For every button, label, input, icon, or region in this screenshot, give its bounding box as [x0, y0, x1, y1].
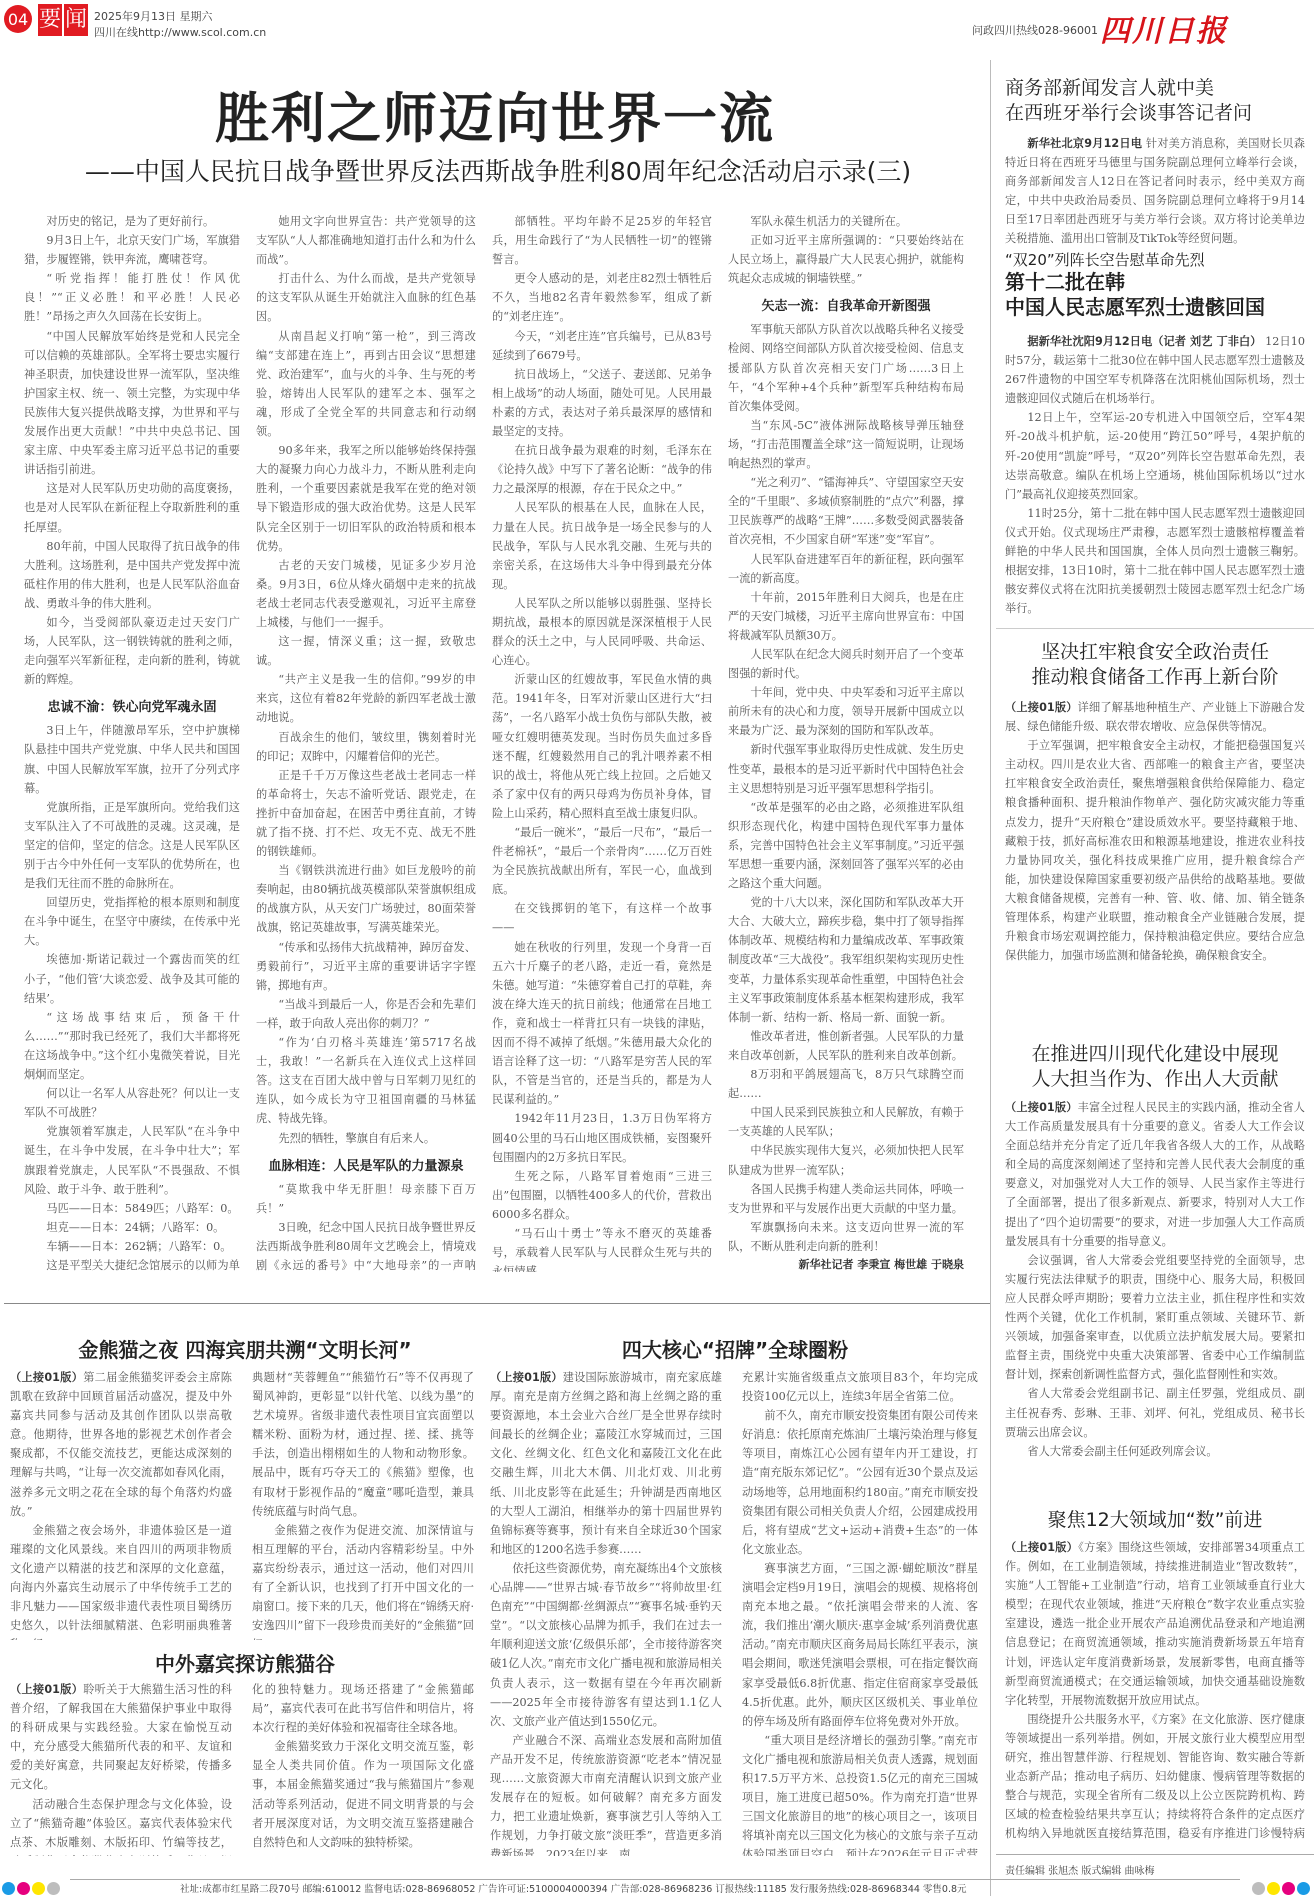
paragraph: 3日上午，伴随激昂军乐，空中护旗梯队悬挂中国共产党党旗、中华人民共和国国旗、中国… [24, 721, 240, 797]
bottom-story-3-title: 四大核心“招牌”全球圈粉 [490, 1334, 980, 1363]
registration-mark-icon [1282, 1882, 1295, 1895]
paragraph: 9月3日上午，北京天安门广场，军旗猎猎，步履铿锵，铁甲奔流，鹰啸苍穹。 [24, 231, 240, 269]
paragraph: 党旗所指，正是军旗所向。党给我们这支军队注入了不可战胜的灵魂。这灵魂，是坚定的信… [24, 798, 240, 893]
title-line: 聚焦12大领域加“数”前进 [1005, 1508, 1305, 1533]
newspaper-logo: 四川日报 [1100, 6, 1228, 50]
paragraph: 沂蒙山区的红嫂故事，军民鱼水情的典范。1941年冬，日军对沂蒙山区进行大“扫荡”… [492, 670, 712, 823]
paragraph: 省人大常委会党组副书记、副主任罗强，党组成员、副主任祝春秀、彭琳、王菲、刘坪、何… [1005, 1384, 1305, 1441]
paragraph: 人民军队之所以能够以弱胜强、坚持长期抗战，最根本的原因就是深深植根于人民群众的沃… [492, 594, 712, 670]
dateline: （上接01版） [10, 1371, 83, 1384]
hotline: 问政四川热线028-96001 [972, 22, 1098, 38]
main-story-column-1: 对历史的铭记，是为了更好前行。9月3日上午，北京天安门广场，军旗猎猎，步履铿锵，… [24, 212, 240, 1272]
right-story-3-title: 坚决扛牢粮食安全政治责任 推动粮食储备工作再上新台阶 [1005, 640, 1305, 690]
paragraph: 当《钢铁洪流进行曲》如巨龙般吟的前奏响起，由80辆抗战英模部队荣誉旗帜组成的战旗… [256, 861, 476, 937]
paragraph: 党旗领着军旗走，人民军队“在斗争中诞生，在斗争中发展，在斗争中壮大”；军旗跟着党… [24, 1122, 240, 1198]
registration-mark-icon [47, 1882, 60, 1895]
paragraph: 在抗日战争最为艰难的时刻，毛泽东在《论持久战》中写下了著名论断：“战争的伟力之最… [492, 441, 712, 498]
paragraph: 新华社北京9月12日电 针对美方消息称，美国财长贝森特近日将在西班牙马德里与国务… [1005, 134, 1305, 244]
right-story-2-title: “双20”列阵长空告慰革命先烈 第十二批在韩 中国人民志愿军烈士遗骸回国 [1005, 250, 1305, 320]
right-story-5-title: 聚焦12大领域加“数”前进 [1005, 1508, 1305, 1533]
title-line: 中国人民志愿军烈士遗骸回国 [1005, 295, 1305, 320]
main-story-column-4: 军队永葆生机活力的关键所在。正如习近平主席所强调的：“只要始终站在人民立场上，赢… [728, 212, 964, 1272]
registration-mark-icon [1267, 1882, 1280, 1895]
paragraph: 她在秋收的行列里，发现一个身背一百五六十斤麋子的老八路，走近一看，竟然是朱德。她… [492, 938, 712, 1110]
page-number-badge: 04 [4, 5, 32, 33]
paragraph: 人民军队在纪念大阅兵时刻开启了一个变革图强的新时代。 [728, 645, 964, 683]
paragraph: 80年前，中国人民取得了抗日战争的伟大胜利。这场胜利，是中国共产党发挥中流砥柱作… [24, 537, 240, 613]
main-subheadline: ——中国人民抗日战争暨世界反法西斯战争胜利80周年纪念活动启示录(三) [8, 152, 988, 188]
paragraph: 化的独特魅力。现场还搭建了“金熊猫邮局”，嘉宾代表可在此书写信件和明信片，将本次… [252, 1680, 474, 1737]
paragraph: 回望历史，党指挥枪的根本原则和制度在斗争中诞生，在坚守中赓续，在传承中光大。 [24, 893, 240, 950]
paragraph: “马石山十勇士”等永不磨灭的英雄番号，承载着人民军队与人民群众生死与共的永恒情感… [492, 1224, 712, 1272]
paragraph: 十年间，党中央、中央军委和习近平主席以前所未有的决心和力度，领导开展新中国成立以… [728, 683, 964, 740]
paragraph: 正如习近平主席所强调的：“只要始终站在人民立场上，赢得最广大人民衷心拥护，就能构… [728, 231, 964, 288]
dateline: （上接01版） [490, 1371, 563, 1384]
dateline: （上接01版） [1005, 1101, 1078, 1114]
title-line: 在西班牙举行会谈事答记者问 [1005, 101, 1305, 126]
paragraph: 各国人民携手构建人类命运共同体，呼唤一支为世界和平与发展作出更大贡献的中坚力量。 [728, 1180, 964, 1218]
paragraph: （上接01版）建设国际旅游城市，南充家底雄厚。南充是南方丝绸之路和海上丝绸之路的… [490, 1368, 722, 1559]
paragraph: “传承和弘扬伟大抗战精神，踔厉奋发、勇毅前行”，习近平主席的重要讲话字字铿锵，掷… [256, 938, 476, 995]
masthead: 04 要 闻 2025年9月13日 星期六 四川在线http://www.sco… [0, 0, 1314, 50]
right-story-1-body: 新华社北京9月12日电 针对美方消息称，美国财长贝森特近日将在西班牙马德里与国务… [1005, 134, 1305, 244]
paragraph: 典题材“芙蓉鲤鱼”“熊猫竹石”等不仅再现了蜀风神韵，更彰显“以针代笔、以线为墨”… [252, 1368, 474, 1521]
paragraph: “最后一碗米”，“最后一尺布”，“最后一件老棉袄”，“最后一个亲骨肉”……亿万百… [492, 823, 712, 899]
paragraph: 围绕提升公共服务水平，《方案》在文化旅游、医疗健康等领域提出一系列举措。例如，开… [1005, 1710, 1305, 1844]
paragraph: 打击什么、为什么而战，是共产党领导的这支军队从诞生开始就注入血脉的红色基因。 [256, 269, 476, 326]
paragraph: 1942年11月23日，1.3万日伪军将方圆40公里的马石山地区围成铁桶，妄图聚… [492, 1109, 712, 1166]
paragraph: 新时代强军事业取得历史性成就、发生历史性变革，最根本的是习近平新时代中国特色社会… [728, 740, 964, 797]
paragraph: 正是千千万万像这些老战士老同志一样的革命将士，矢志不渝听党话、跟党走，在挫折中奋… [256, 766, 476, 861]
column-divider [990, 60, 991, 1896]
paragraph: 中国人民采到民族独立和人民解放，有赖于一支英雄的人民军队； [728, 1103, 964, 1141]
section-char: 要 [38, 4, 62, 36]
paragraph: 90多年来，我军之所以能够始终保持强大的凝聚力向心力战斗力，不断从胜利走向胜利，… [256, 441, 476, 556]
registration-mark-icon [17, 1882, 30, 1895]
paragraph: “中国人民解放军始终是党和人民完全可以信赖的英雄部队。全军将士要忠实履行神圣职责… [24, 327, 240, 480]
right-story-1-title: 商务部新闻发言人就中美 在西班牙举行会谈事答记者问 [1005, 76, 1305, 126]
issue-date: 2025年9月13日 星期六 [94, 8, 213, 24]
paragraph: 赛事演艺方面，“三国之源·蝴蛇顺汝”群星演唱会定档9月19日，演唱会的规模、规格… [742, 1559, 978, 1731]
section-tag: 要 闻 [38, 4, 88, 36]
paragraph: 会议强调，省人大常委会党组要坚持党的全面领导，忠实履行宪法法律赋予的职责，围绕中… [1005, 1251, 1305, 1385]
paragraph: 3日晚，纪念中国人民抗日战争暨世界反法西斯战争胜利80周年文艺晚会上，情境戏剧《… [256, 1218, 476, 1272]
paragraph: 军队永葆生机活力的关键所在。 [728, 212, 964, 231]
bottom-story-3-column-2: 充累计实施省级重点文旅项目83个，年均完成投资100亿元以上，连续3年居全省第二… [742, 1368, 978, 1856]
paragraph: “这场战事结束后，预备干什么……”“那时我已经死了，我们大半都将死在这场战争中。… [24, 1008, 240, 1084]
paragraph: （上接01版）《方案》围绕这些领域，安排部署34项重点工作。例如，在工业制造领域… [1005, 1538, 1305, 1710]
paragraph: 党的十八大以来，深化国防和军队改革大开大合、大破大立，蹄疾步稳，集中打了领导指挥… [728, 893, 964, 1027]
title-line: 在推进四川现代化建设中展现 [1005, 1042, 1305, 1067]
website-link[interactable]: 四川在线http://www.scol.com.cn [94, 24, 266, 40]
right-story-3-body: （上接01版）详细了解基地种植生产、产业链上下游融合发展、绿色储能升级、联农带农… [1005, 698, 1305, 1036]
section-char: 闻 [64, 4, 88, 36]
paragraph: 抗日战场上，“父送子、妻送郎、兄弟争相上战场”的动人场面，随处可见。人民用最朴素… [492, 365, 712, 441]
paragraph: “光之利刃”、“镭海神兵”、守望国家空天安全的“千里眼”、多域侦察制胜的“点穴”… [728, 473, 964, 549]
paragraph: “共产主义是我一生的信仰。”99岁的申来宾，这位有着82年党龄的新四军老战士激动… [256, 670, 476, 727]
registration-mark-icon [1297, 1882, 1310, 1895]
paragraph: 人民军队的根基在人民，血脉在人民，力量在人民。抗日战争是一场全民参与的人民战争，… [492, 498, 712, 593]
paragraph: 何以让一名军人从容赴死？何以让一支军队不可战胜？ [24, 1084, 240, 1122]
paragraph: 活动融合生态保护理念与文化体验，设立了“熊猫奇趣”体验区。嘉宾代表体验宋代点茶、… [10, 1795, 232, 1856]
title-line: 推动粮食储备工作再上新台阶 [1005, 665, 1305, 690]
paragraph: 先烈的牺牲，擎旗自有后来人。 [256, 1129, 476, 1148]
bottom-story-2-column-1: （上接01版）聆听关于大熊猫生活习性的科普介绍，了解我国在大熊猫保护事业中取得的… [10, 1680, 232, 1856]
title-line: 坚决扛牢粮食安全政治责任 [1005, 640, 1305, 665]
subheading: 血脉相连：人民是军队的力量源泉 [256, 1155, 476, 1174]
section-divider [996, 628, 1314, 629]
paragraph: 省人大常委会副主任何延政列席会议。 [1005, 1442, 1305, 1461]
main-story-column-2: 她用文字向世界宣告：共产党领导的这支军队“人人都准确地知道打击什么和为什么而战”… [256, 212, 476, 1272]
kicker: “双20”列阵长空告慰革命先烈 [1005, 250, 1305, 270]
dateline: （上接01版） [10, 1683, 83, 1696]
main-story-column-3: 部牺牲。平均年龄不足25岁的年轻官兵，用生命践行了“为人民牺牲一切”的铿锵誓言。… [492, 212, 712, 1272]
paragraph: “当战斗到最后一人，你是否会和先辈们一样，敢于向敌人亮出你的刺刀？” [256, 995, 476, 1033]
registration-mark-icon [2, 1882, 15, 1895]
subheading: 矢志一流：自我革命开新图强 [728, 295, 964, 314]
right-story-2-body: 据新华社沈阳9月12日电（记者 刘艺 丁非白） 12日10时57分，载运第十二批… [1005, 332, 1305, 624]
paragraph: “重大项目是经济增长的强劲引擎。”南充市文化广播电视和旅游局相关负责人透露，规划… [742, 1731, 978, 1856]
section-divider [4, 1303, 990, 1304]
paragraph: 金熊猫之夜会场外，非遗体验区是一道璀璨的文化风景线。来自四川的两项非物质文化遗产… [10, 1521, 232, 1640]
paragraph: 11时25分，第十二批在韩中国人民志愿军烈士遗骸迎回仪式开始。仪式现场庄严肃穆，… [1005, 504, 1305, 619]
paragraph: “作为‘白刃格斗英雄连’第5717名战士，我敢！”一名新兵在入连仪式上这样回答。… [256, 1033, 476, 1128]
paragraph: 对历史的铭记，是为了更好前行。 [24, 212, 240, 231]
paragraph: 她用文字向世界宣告：共产党领导的这支军队“人人都准确地知道打击什么和为什么而战”… [256, 212, 476, 269]
paragraph: 据新华社沈阳9月12日电（记者 刘艺 丁非白） 12日10时57分，载运第十二批… [1005, 332, 1305, 408]
paragraph: 更令人感动的是，刘老庄82烈士牺牲后不久，当地82名青年毅然参军，组成了新的“刘… [492, 269, 712, 326]
paragraph: 如今，当受阅部队豪迈走过天安门广场，人民军队，这一钢铁铸就的胜利之师，走向强军兴… [24, 613, 240, 689]
paragraph: 十年前，2015年胜利日大阅兵，也是在庄严的天安门城楼，习近平主席向世界宣布：中… [728, 588, 964, 645]
title-line: 第十二批在韩 [1005, 270, 1305, 295]
registration-mark-icon [1252, 1882, 1265, 1895]
paragraph: 前不久，南充市顺安投资集团有限公司传来好消息：依托原南充炼油厂土壤污染治理与修复… [742, 1406, 978, 1559]
dateline: 新华社北京9月12日电 [1027, 137, 1142, 150]
editors-credit: 责任编辑 张旭杰 版式编辑 曲咏梅 [1005, 1862, 1155, 1877]
paragraph: （上接01版）第二届金熊猫奖评委会主席陈凯歌在致辞中回顾首届活动盛况，提及中外嘉… [10, 1368, 232, 1521]
paragraph: 中华民族实现伟大复兴，必须加快把人民军队建成为世界一流军队； [728, 1141, 964, 1179]
byline: 新华社记者 李秉宣 梅世雄 于晓泉 [728, 1256, 964, 1272]
main-headline: 胜利之师迈向世界一流 [0, 76, 990, 153]
paragraph: 金熊猫之夜作为促进交流、加深情谊与相互理解的平台，活动内容精彩纷呈。中外嘉宾纷纷… [252, 1521, 474, 1640]
bottom-story-2-column-2: 化的独特魅力。现场还搭建了“金熊猫邮局”，嘉宾代表可在此书写信件和明信片，将本次… [252, 1680, 474, 1856]
paragraph: （上接01版）丰富全过程人民民主的实践内涵，推动全省人大工作高质量发展具有十分重… [1005, 1098, 1305, 1251]
paragraph: 今天，“刘老庄连”官兵编号，已从83号延续到了6679号。 [492, 327, 712, 365]
paragraph: 坦克——日本：24辆；八路军：0。 [24, 1218, 240, 1237]
paragraph: 惟改革者进，惟创新者强。人民军队的力量来自改革创新，人民军队的胜利来自改革创新。 [728, 1027, 964, 1065]
paragraph: 人民军队奋进建军百年的新征程，跃向强军一流的新高度。 [728, 550, 964, 588]
paragraph: 部牺牲。平均年龄不足25岁的年轻官兵，用生命践行了“为人民牺牲一切”的铿锵誓言。 [492, 212, 712, 269]
paragraph: “改革是强军的必由之路，必须推进军队组织形态现代化，构建中国特色现代军事力量体系… [728, 798, 964, 893]
paragraph: 产业融合不深、高端业态发展和高附加值产品开发不足，传统旅游资源“吃老本”情况显现… [490, 1731, 722, 1856]
dateline: （上接01版） [1005, 701, 1078, 714]
registration-mark-icon [32, 1882, 45, 1895]
right-story-4-body: （上接01版）丰富全过程人民民主的实践内涵，推动全省人大工作高质量发展具有十分重… [1005, 1098, 1305, 1498]
subheading: 忠诚不渝：铁心向党军魂永固 [24, 696, 240, 715]
right-story-4-title: 在推进四川现代化建设中展现 人大担当作为、作出人大贡献 [1005, 1042, 1305, 1092]
bottom-story-2-title: 中外嘉宾探访熊猫谷 [10, 1648, 480, 1677]
paragraph: 这是平型关大捷纪念馆展示的以师为单位的抗战时期日军与八路军的兵力装备对比，差距触… [24, 1256, 240, 1272]
paragraph: 金熊猫奖致力于深化文明交流互鉴，彰显全人类共同价值。作为一项国际文化盛事，本届金… [252, 1737, 474, 1852]
paragraph: 依托这些资源优势，南充凝练出4个文旅核心品牌——“世界古城·春节故乡”“将帅故里… [490, 1559, 722, 1731]
paragraph: 车辆——日本：262辆；八路军：0。 [24, 1237, 240, 1256]
paragraph: 军旗飘扬向未来。这支迈向世界一流的军队，不断从胜利走向新的胜利！ [728, 1218, 964, 1256]
paragraph: 生死之际，八路军冒着炮雨“三进三出”包围圈，以牺牲400多人的代价，营救出600… [492, 1167, 712, 1224]
bottom-story-1-column-2: 典题材“芙蓉鲤鱼”“熊猫竹石”等不仅再现了蜀风神韵，更彰显“以针代笔、以线为墨”… [252, 1368, 474, 1640]
dateline: 据新华社沈阳9月12日电（记者 刘艺 丁非白） [1027, 335, 1261, 348]
bottom-story-3-column-1: （上接01版）建设国际旅游城市，南充家底雄厚。南充是南方丝绸之路和海上丝绸之路的… [490, 1368, 722, 1856]
title-line: 商务部新闻发言人就中美 [1005, 76, 1305, 101]
footer-divider [996, 1854, 1314, 1855]
paragraph: 马匹——日本：5849匹；八路军：0。 [24, 1199, 240, 1218]
paragraph: （上接01版）聆听关于大熊猫生活习性的科普介绍，了解我国在大熊猫保护事业中取得的… [10, 1680, 232, 1795]
dateline: （上接01版） [1005, 1541, 1078, 1554]
bottom-story-1-title: 金熊猫之夜 四海宾朋共溯“文明长河” [10, 1334, 480, 1363]
paragraph: 百战余生的他们，皱纹里，镌刻着时光的印记；双眸中，闪耀着信仰的光芒。 [256, 728, 476, 766]
paragraph: 这一握，情深义重；这一握，致敬忠诚。 [256, 632, 476, 670]
paragraph: 12日上午，空军运-20专机进入中国领空后，空军4架歼-20战斗机护航，运-20… [1005, 408, 1305, 503]
paragraph: 在交钱掷钥的笔下，有这样一个故事—— [492, 899, 712, 937]
title-line: 人大担当作为、作出人大贡献 [1005, 1067, 1305, 1092]
paragraph: 这是对人民军队历史功勋的高度褒扬，也是对人民军队在新征程上夺取新胜利的重托厚望。 [24, 479, 240, 536]
paragraph: （上接01版）详细了解基地种植生产、产业链上下游融合发展、绿色储能升级、联农带农… [1005, 698, 1305, 736]
paragraph: 当“东风-5C”液体洲际战略核导弹压轴登场，“打击范围覆盖全球”这一简短说明，让… [728, 416, 964, 473]
paragraph: 于立军强调，把牢粮食安全主动权，才能把稳强国复兴主动权。四川是农业大省、西部唯一… [1005, 736, 1305, 965]
right-story-5-body: （上接01版）《方案》围绕这些领域，安排部署34项重点工作。例如，在工业制造领域… [1005, 1538, 1305, 1844]
paragraph: 从南昌起义打响“第一枪”，到三湾改编“支部建在连上”，再到古田会议“思想建党、政… [256, 327, 476, 442]
paragraph: 充累计实施省级重点文旅项目83个，年均完成投资100亿元以上，连续3年居全省第二… [742, 1368, 978, 1406]
paragraph: “莫欺我中华无肝胆！母亲膝下百万兵！” [256, 1180, 476, 1218]
paragraph: 埃德加·斯诺记载过一个露齿而笑的红小子，“他们管‘大谈恋爱、战争及其可能的结果’… [24, 950, 240, 1007]
paragraph: 军事航天部队方队首次以战略兵种名义接受检阅、网络空间部队方队首次接受检阅、信息支… [728, 320, 964, 415]
paragraph: 8万羽和平鸽展翅高飞，8万只气球腾空而起…… [728, 1065, 964, 1103]
paragraph: 古老的天安门城楼，见证多少岁月沧桑。9月3日，6位从烽火硝烟中走来的抗战老战士老… [256, 556, 476, 632]
bottom-story-1-column-1: （上接01版）第二届金熊猫奖评委会主席陈凯歌在致辞中回顾首届活动盛况，提及中外嘉… [10, 1368, 232, 1640]
paragraph: “听党指挥！能打胜仗！作风优良！”“正义必胜！和平必胜！人民必胜！”昂扬之声久久… [24, 269, 240, 326]
publisher-info: 社址:成都市红星路二段70号 邮编:610012 监督电话:028-869680… [180, 1881, 967, 1895]
